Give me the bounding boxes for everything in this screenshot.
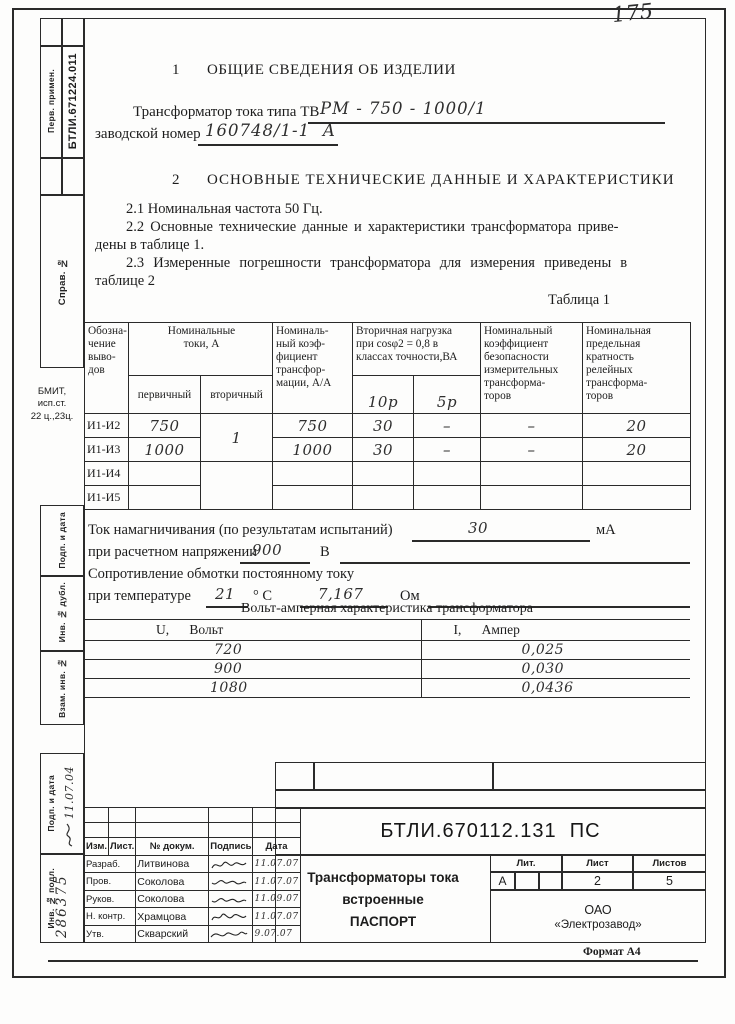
section2-title: ОСНОВНЫЕ ТЕХНИЧЕСКИЕ ДАННЫЕ И ХАРАКТЕРИС…	[207, 172, 675, 189]
table-row: И1-И3 1000 1000 30 – – 20	[85, 438, 691, 462]
para-2-1: 2.1 Номинальная частота 50 Гц.	[126, 201, 323, 218]
designation-cell: БТЛИ.670112.131 ПС	[275, 808, 706, 855]
terminals-cell: И1-И2	[85, 414, 129, 438]
table1-header-safety: Номинальный коэффициент безопасности изм…	[481, 323, 583, 414]
serial-value: 160748/1-1 А	[205, 121, 336, 140]
magnetizing-underline	[412, 540, 590, 542]
va-u-cell: 1080	[84, 679, 421, 698]
col-izm: Изм.	[85, 838, 109, 856]
load5-cell	[414, 486, 481, 510]
scanned-passport-page: 175 Перв. примен. БТЛИ.671224.011 Справ.…	[0, 0, 735, 1024]
signature-icon	[210, 875, 248, 888]
magnetizing-unit: мА	[596, 522, 616, 539]
listov-value-cell: 5	[633, 872, 706, 890]
lit-header-cell: Лит.	[490, 855, 562, 872]
doc-name-line1: Трансформаторы тока	[307, 870, 459, 885]
list-value-cell: 2	[562, 872, 633, 890]
signature-cell	[209, 908, 253, 926]
para-2-3-line2: таблице 2	[95, 273, 155, 290]
section1-number: 1	[172, 62, 180, 79]
mult-cell	[583, 486, 691, 510]
doc-name-cell: Трансформаторы тока встроенные ПАСПОРТ	[275, 855, 491, 943]
col-date: Дата	[253, 838, 300, 856]
table-row: Руков. Соколова 11.09.07	[85, 891, 301, 908]
table-row	[85, 823, 301, 838]
serial-label: заводской номер	[95, 126, 201, 143]
load10-cell: 30	[353, 438, 414, 462]
ratio-cell: 1000	[273, 438, 353, 462]
magnetizing-value: 30	[468, 519, 488, 537]
voltage-label: при расчетном напряжении	[88, 544, 257, 561]
safety-cell	[481, 462, 583, 486]
listov-value: 5	[666, 874, 673, 888]
titleblock-upper-row2	[275, 790, 706, 808]
titleblock-upper-row	[275, 762, 706, 790]
divider	[313, 762, 315, 790]
signature-cell	[209, 891, 253, 908]
va-header-i: I, Ампер	[421, 620, 690, 641]
podp-data2-entry: 11.07.04	[58, 760, 80, 848]
mult-cell: 20	[583, 438, 691, 462]
primary-cell	[129, 462, 201, 486]
doc-name-line2: встроенные	[342, 892, 423, 907]
page-edge-line	[48, 960, 698, 962]
va-title: Вольт-амперная характеристика трансформа…	[84, 601, 690, 617]
mult-cell: 20	[583, 414, 691, 438]
table-row: 1080 0,0436	[84, 679, 690, 698]
safety-cell: –	[481, 438, 583, 462]
table1-header-mult: Номинальная предельная кратность релейны…	[583, 323, 691, 414]
podp-data2-date: 11.07.04	[63, 766, 76, 819]
podp-data2-label: Подп. и дата	[46, 775, 56, 832]
ratio-cell	[273, 486, 353, 510]
list-label: Лист	[586, 858, 608, 869]
primary-cell: 750	[129, 414, 201, 438]
name-cell: Соколова	[136, 891, 209, 908]
company-cell: ОАО «Электрозавод»	[490, 890, 706, 943]
para-2-2-line2: дены в таблице 1.	[95, 237, 204, 254]
transformer-type-value: РМ - 750 - 1000/1	[320, 99, 487, 118]
name-cell: Соколова	[136, 873, 209, 891]
voltage-unit: В	[320, 544, 330, 561]
section2-number: 2	[172, 172, 180, 189]
voltage-underline	[240, 562, 310, 564]
va-i-cell: 0,025	[421, 641, 690, 660]
signature-icon	[210, 893, 248, 906]
lit-value: А	[498, 874, 506, 888]
list-value: 2	[594, 874, 601, 888]
col-list: Лист.	[108, 838, 135, 856]
listov-header-cell: Листов	[633, 855, 706, 872]
inv-dubl-label: Инв. № дубл.	[57, 582, 67, 642]
table1-header-10p: 10р	[353, 376, 414, 414]
company-line1: ОАО	[584, 903, 611, 917]
lit-value-cell: А	[490, 872, 515, 890]
document-designation: БТЛИ.670112.131 ПС	[380, 820, 600, 843]
listov-label: Листов	[653, 858, 687, 869]
doc-name-line3: ПАСПОРТ	[350, 914, 416, 929]
voltage-trailing-line	[340, 562, 690, 564]
load10-cell	[353, 486, 414, 510]
table-row: И1-И2 750 1 750 30 – – 20	[85, 414, 691, 438]
primary-cell	[129, 486, 201, 510]
transformer-type-label: Трансформатор тока типа ТВ	[133, 104, 319, 121]
va-i-cell: 0,030	[421, 660, 690, 679]
role-cell: Пров.	[85, 873, 136, 891]
para-2-2-line1: 2.2 Основные технические данные и характ…	[126, 219, 619, 236]
signature-cell	[209, 856, 253, 873]
table1-characteristics: Обозна- чение выво- дов Номинальные токи…	[84, 322, 691, 510]
table-row	[85, 808, 301, 823]
secondary-merged-cell	[201, 462, 273, 510]
table-row: Утв. Скварский 9.07.07	[85, 926, 301, 943]
lit-empty-cell	[515, 872, 539, 890]
name-cell: Скварский	[136, 926, 209, 943]
resistance-label: Сопротивление обмотки постоянному току	[88, 566, 354, 583]
ratio-cell	[273, 462, 353, 486]
role-cell: Утв.	[85, 926, 136, 943]
signature-cell	[209, 926, 253, 943]
load10-cell	[353, 462, 414, 486]
table1-header-primary: первичный	[129, 376, 201, 414]
name-cell: Литвинова	[136, 856, 209, 873]
table-row: Разраб. Литвинова 11.07.07	[85, 856, 301, 873]
signature-cell	[209, 873, 253, 891]
podp-data-label: Подп. и дата	[57, 512, 67, 569]
table1-header-currents: Номинальные токи, А	[129, 323, 273, 376]
signature-icon	[210, 910, 248, 923]
perv-primen-label: Перв. примен.	[46, 69, 56, 133]
terminals-cell: И1-И3	[85, 438, 129, 462]
list-header-cell: Лист	[562, 855, 633, 872]
divider	[492, 762, 494, 790]
inv-podl-number: 286375	[54, 854, 76, 938]
va-u-cell: 900	[84, 660, 421, 679]
name-cell: Храмцова	[136, 908, 209, 926]
table-row: Пров. Соколова 11.07.07	[85, 873, 301, 891]
section1-title: ОБЩИЕ СВЕДЕНИЯ ОБ ИЗДЕЛИИ	[207, 62, 456, 79]
signature-icon	[210, 928, 248, 941]
load5-cell	[414, 462, 481, 486]
load5-cell: –	[414, 438, 481, 462]
load5-cell: –	[414, 414, 481, 438]
page-number: 175	[611, 0, 655, 27]
magnetizing-label: Ток намагничивания (по результатам испыт…	[88, 522, 393, 539]
secondary-merged-cell: 1	[201, 414, 273, 462]
signature-icon	[210, 858, 248, 871]
table1-header-ratio: Номиналь- ный коэф- фициент трансфор- ма…	[273, 323, 353, 414]
role-cell: Руков.	[85, 891, 136, 908]
table1-header-load: Вторичная нагрузка при cosφ2 = 0,8 в кла…	[353, 323, 481, 376]
va-header-u: U, Вольт	[84, 620, 421, 641]
ratio-cell: 750	[273, 414, 353, 438]
table-row: Н. контр. Храмцова 11.07.07	[85, 908, 301, 926]
safety-cell	[481, 486, 583, 510]
lit-label: Лит.	[517, 858, 536, 869]
primary-cell: 1000	[129, 438, 201, 462]
va-u-cell: 720	[84, 641, 421, 660]
va-i-cell: 0,0436	[421, 679, 690, 698]
para-2-3-line1: 2.3 Измеренные погрешности трансформатор…	[126, 255, 627, 272]
table1-header-terminals: Обозна- чение выво- дов	[85, 323, 129, 414]
approval-table: Изм. Лист. № докум. Подпись Дата Разраб.…	[84, 807, 301, 943]
col-doc: № докум.	[136, 838, 209, 856]
va-table: U, Вольт I, Ампер 720 0,025 900 0,030 10…	[84, 619, 690, 698]
col-sign: Подпись	[209, 838, 253, 856]
role-cell: Н. контр.	[85, 908, 136, 926]
load10-cell: 30	[353, 414, 414, 438]
vzam-inv-label: Взам. инв. №	[57, 658, 67, 718]
table-row: 900 0,030	[84, 660, 690, 679]
mult-cell	[583, 462, 691, 486]
table-row: И1-И5	[85, 486, 691, 510]
table1-caption: Таблица 1	[548, 292, 610, 309]
table-row: 720 0,025	[84, 641, 690, 660]
format-note: Формат А4	[583, 946, 641, 958]
lit-empty-cell	[539, 872, 562, 890]
table1-header-secondary: вторичный	[201, 376, 273, 414]
voltage-value: 900	[252, 541, 282, 559]
table1-header-5p: 5р	[414, 376, 481, 414]
perv-primen-value: БТЛИ.671224.011	[67, 53, 79, 149]
role-cell: Разраб.	[85, 856, 136, 873]
safety-cell: –	[481, 414, 583, 438]
sprav-label: Справ. №	[57, 257, 68, 305]
margin-note: БМИТ, исп.ст. 22 ц.,23ц.	[20, 386, 84, 423]
serial-underline	[198, 144, 338, 146]
type-underline	[308, 122, 665, 124]
terminals-cell: И1-И4	[85, 462, 129, 486]
sprav-box: Справ. №	[40, 195, 84, 368]
table-row: И1-И4	[85, 462, 691, 486]
company-line2: «Электрозавод»	[554, 919, 641, 931]
terminals-cell: И1-И5	[85, 486, 129, 510]
signature-icon	[63, 822, 75, 848]
